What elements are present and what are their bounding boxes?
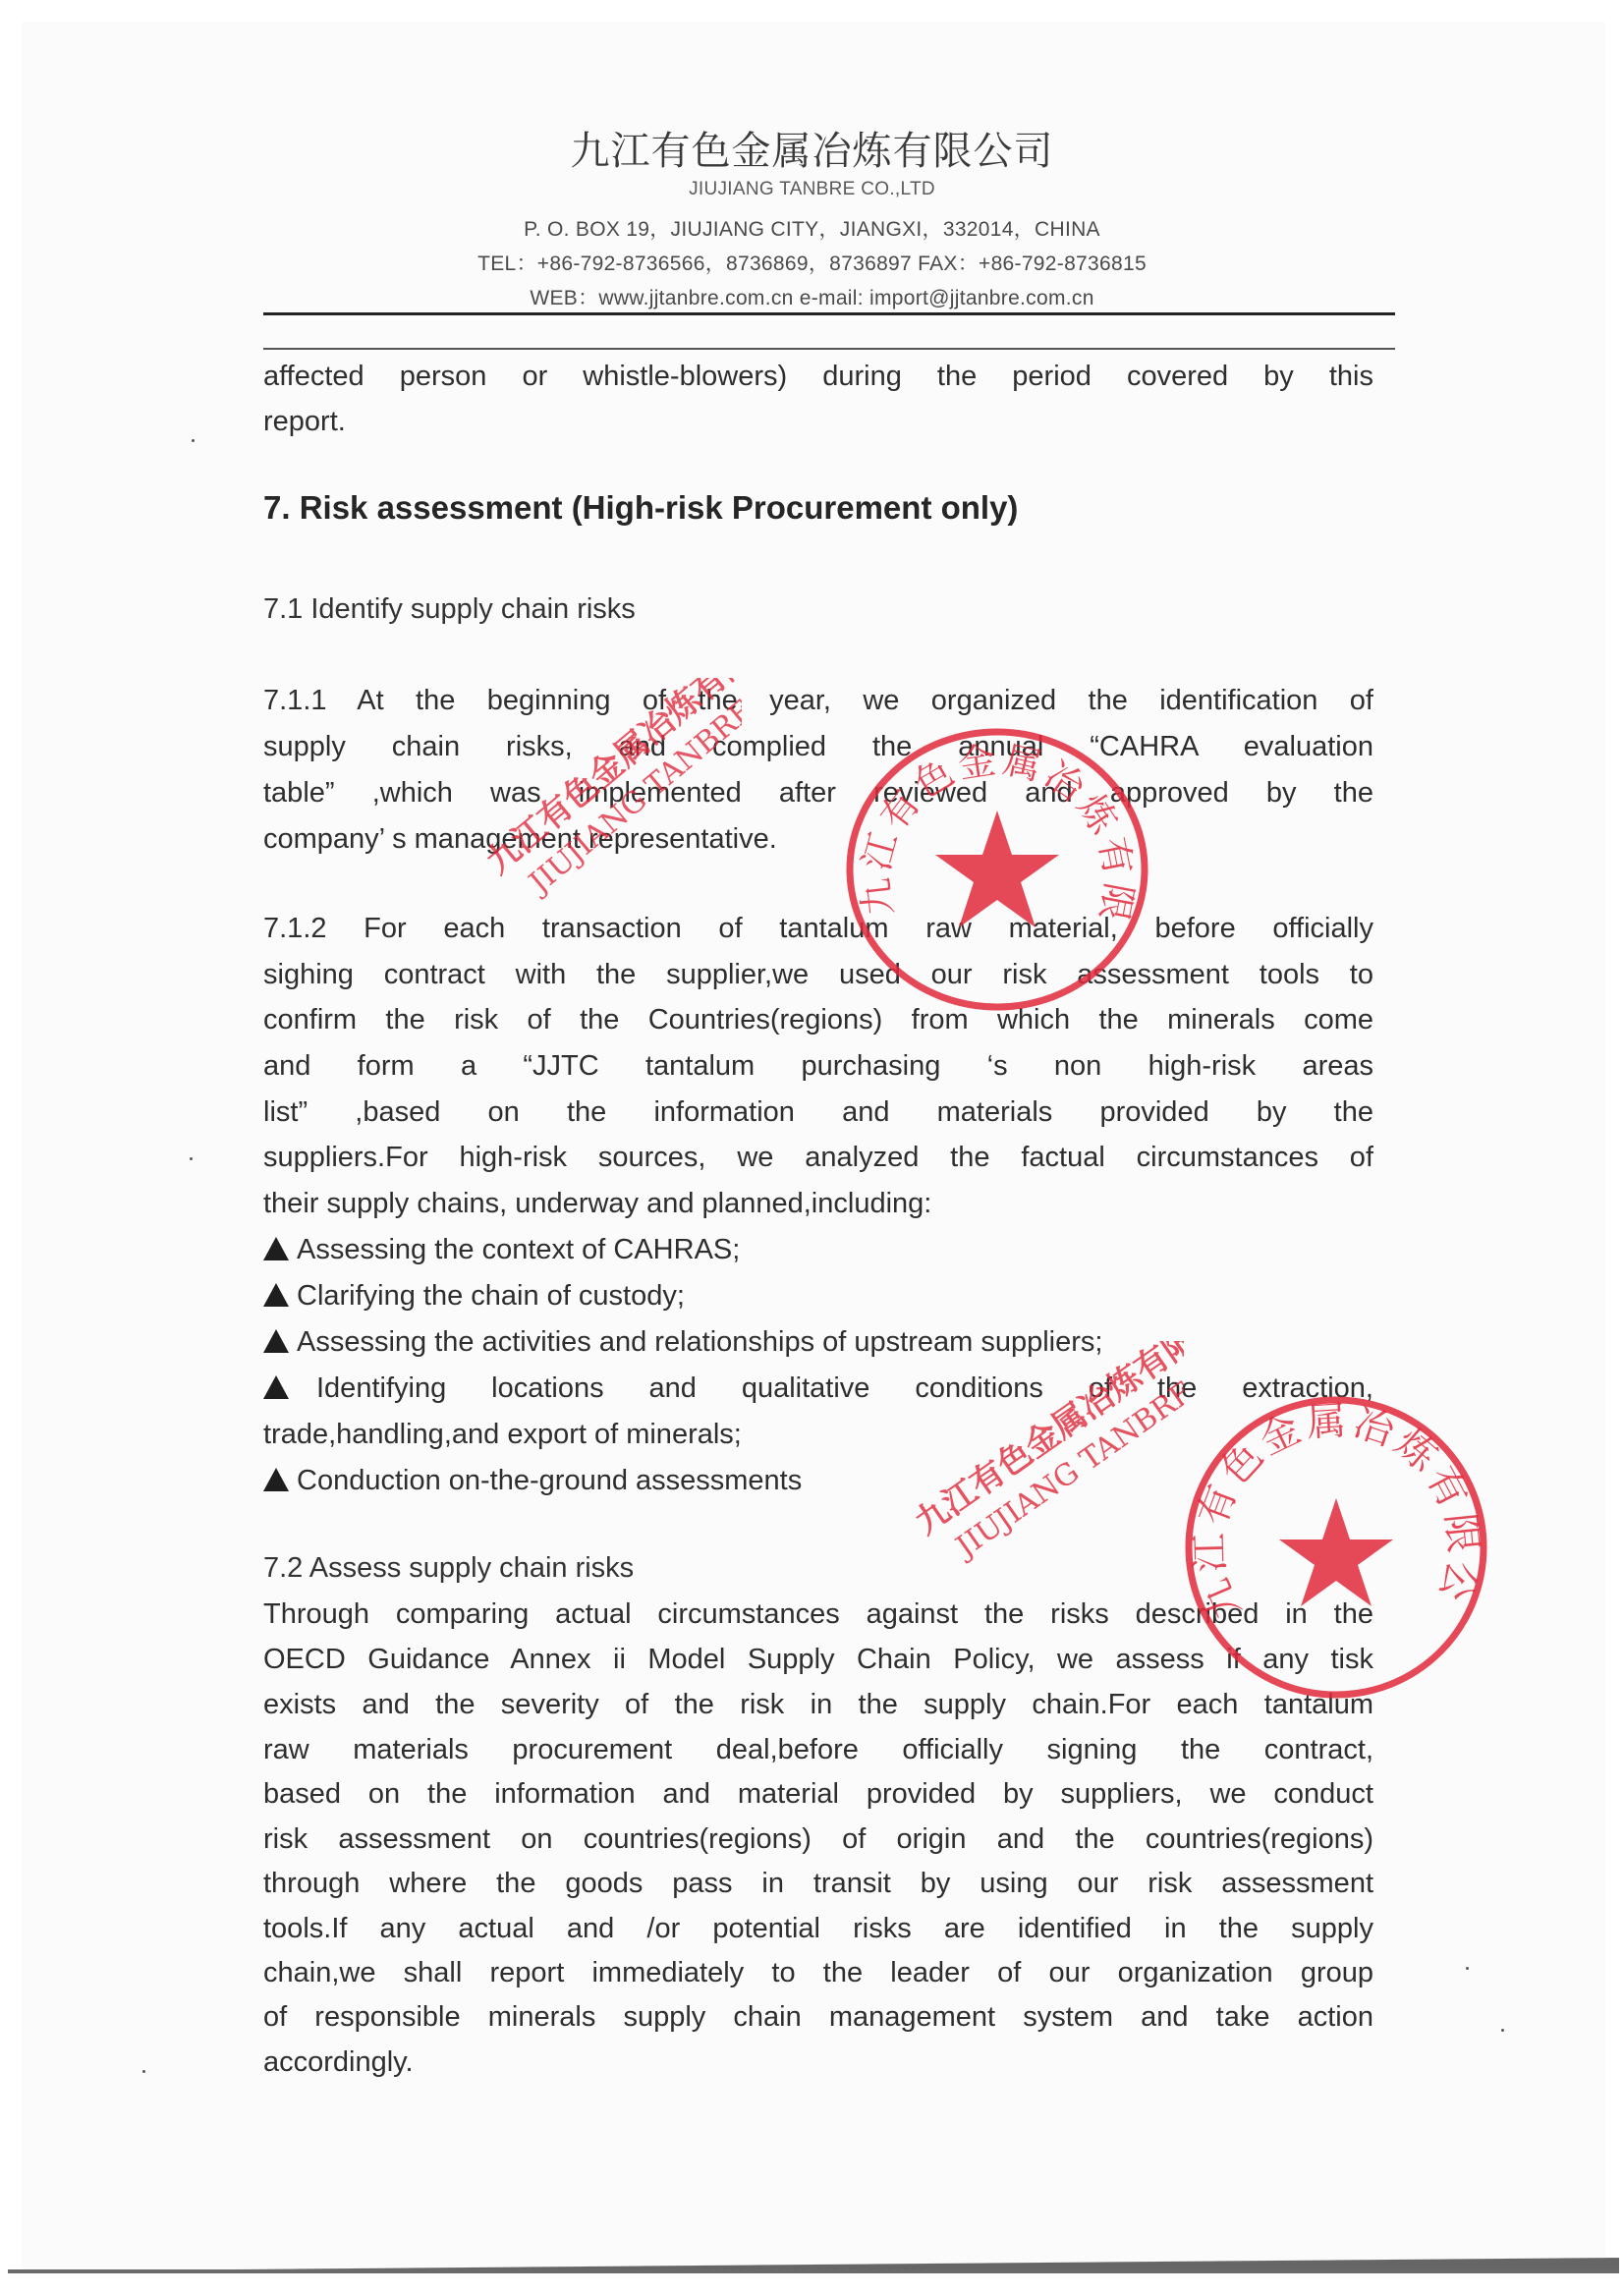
scan-speck [190,1157,193,1160]
paragraph-line: exists and the severity of the risk in t… [263,1682,1373,1727]
list-item: Clarifying the chain of custody; [263,1273,1373,1318]
paragraph-line: supply chain risks, and complied the ann… [263,724,1373,769]
scan-speck [1466,1967,1469,1970]
list-item: Assessing the activities and relationshi… [263,1319,1373,1365]
paragraph-line: chain,we shall report immediately to the… [263,1950,1373,1995]
list-item: Identifying locations and qualitative co… [263,1366,1373,1411]
paragraph-line: Through comparing actual circumstances a… [263,1592,1373,1637]
paragraph-line: risk assessment on countries(regions) of… [263,1817,1373,1862]
paragraph-line: confirm the risk of the Countries(region… [263,997,1373,1042]
triangle-bullet-icon [263,1375,289,1399]
scan-speck [1501,2029,1504,2032]
paragraph-line: company’ s management representative. [263,816,1373,862]
company-name-english: JIUJIANG TANBRE CO.,LTD [0,179,1624,200]
paragraph-line: 7.1.2 For each transaction of tantalum r… [263,906,1373,951]
company-web-email: WEB：www.jjtanbre.com.cn e-mail: import@j… [0,282,1624,311]
paragraph-line: through where the goods pass in transit … [263,1861,1373,1906]
paragraph-line: sighing contract with the supplier,we us… [263,952,1373,997]
list-item: Assessing the context of CAHRAS; [263,1227,1373,1272]
triangle-bullet-icon [263,1468,289,1491]
continuation-line-2: report. [263,399,1373,444]
scan-speck [192,439,195,442]
paragraph-line: raw materials procurement deal,before of… [263,1727,1373,1772]
company-phone-fax: TEL：+86-792-8736566，8736869，8736897 FAX：… [0,248,1624,277]
subsection-heading-7-1: 7.1 Identify supply chain risks [263,593,636,626]
section-heading-risk-assessment: 7. Risk assessment (High-risk Procuremen… [263,489,1018,527]
subsection-heading-7-2: 7.2 Assess supply chain risks [263,1552,634,1585]
paragraph-line: of responsible minerals supply chain man… [263,1994,1373,2040]
triangle-bullet-icon [263,1237,289,1260]
letterhead-divider-bottom [263,348,1395,350]
company-name-chinese: 九江有色金属冶炼有限公司 [0,120,1624,176]
paragraph-line: based on the information and material pr… [263,1771,1373,1817]
paragraph-line: their supply chains, underway and planne… [263,1181,1373,1226]
paragraph-line: suppliers.For high-risk sources, we anal… [263,1135,1373,1180]
paragraph-line: table” ,which was implemented after revi… [263,770,1373,815]
paragraph-line: tools.If any actual and /or potential ri… [263,1906,1373,1951]
list-item-continuation: trade,handling,and export of minerals; [263,1412,1373,1457]
company-address: P. O. BOX 19，JIUJIANG CITY，JIANGXI，33201… [0,213,1624,243]
triangle-bullet-icon [263,1329,289,1353]
paragraph-line: and form a “JJTC tantalum purchasing ‘s … [263,1043,1373,1089]
scan-speck [142,2070,145,2073]
list-item: Conduction on-the-ground assessments [263,1458,1373,1503]
letterhead-divider-top [263,312,1395,315]
paragraph-line: accordingly. [263,2040,1373,2085]
paragraph-line: 7.1.1 At the beginning of the year, we o… [263,678,1373,723]
triangle-bullet-icon [263,1283,289,1307]
continuation-line-1: affected person or whistle-blowers) duri… [263,354,1373,399]
paragraph-line: list” ,based on the information and mate… [263,1090,1373,1135]
paragraph-line: OECD Guidance Annex ii Model Supply Chai… [263,1637,1373,1682]
scan-edge-line [8,2269,1619,2273]
